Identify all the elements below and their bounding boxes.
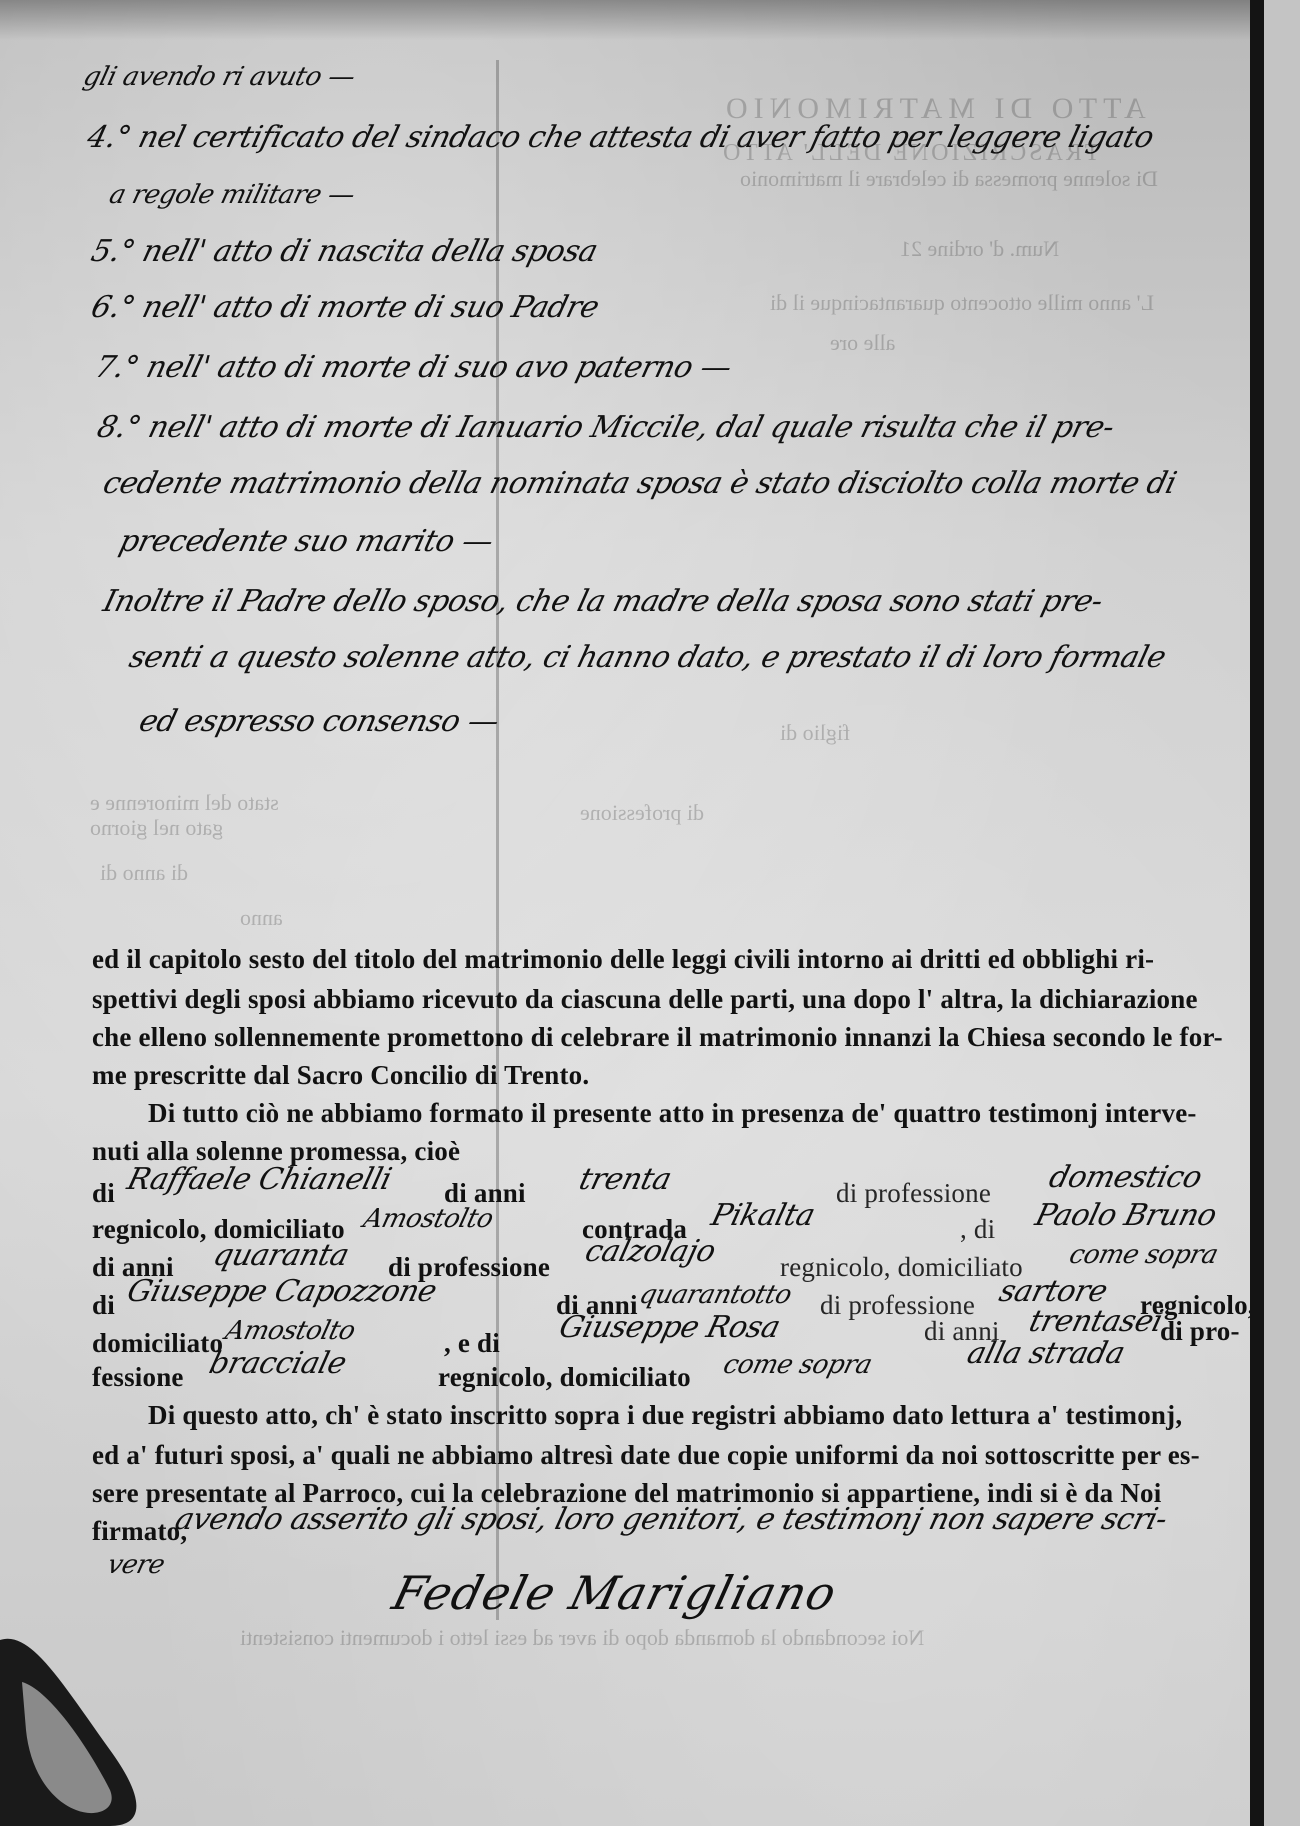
printed-p1-line-3: che elleno sollennemente promettono di c… bbox=[92, 1022, 1223, 1053]
label-e-di: , e di bbox=[444, 1328, 500, 1359]
label-domiciliato-4: domiciliato bbox=[92, 1328, 223, 1359]
hw-line-6: 7.° nell' atto di morte di suo avo pater… bbox=[92, 350, 735, 385]
bleed-left-col: stato del minorenne e bbox=[90, 790, 279, 816]
label-comma-di: , di bbox=[960, 1214, 995, 1245]
scanned-page: ATTO DI MATRIMONIO TRASCRIZIONE DELL' AT… bbox=[0, 0, 1262, 1826]
printed-p2-line-1: Di tutto ciò ne abbiamo formato il prese… bbox=[148, 1098, 1197, 1129]
label-regnicolo-domiciliato-2: regnicolo, domiciliato bbox=[780, 1252, 1023, 1283]
hw-line-7: 8.° nell' atto di morte di Ianuario Micc… bbox=[94, 410, 1118, 445]
hw-line-3: a regole militare — bbox=[106, 180, 357, 210]
hw-line-4: 5.° nell' atto di nascita della sposa bbox=[88, 234, 601, 269]
label-fessione: fessione bbox=[92, 1362, 184, 1393]
bleed-bottom: Noi secondando la domanda dopo di aver a… bbox=[240, 1625, 924, 1651]
bleed-left-col: figlio di bbox=[780, 720, 850, 746]
witness-2-name: Paolo Bruno bbox=[1032, 1198, 1220, 1233]
label-di-3: di bbox=[92, 1290, 115, 1321]
label-di: di bbox=[92, 1178, 115, 1209]
witness-1-domicile: Amostolto bbox=[360, 1204, 496, 1234]
witness-4-domicile: come sopra bbox=[720, 1350, 875, 1380]
printed-p1-line-1: ed il capitolo sesto del titolo del matr… bbox=[92, 944, 1154, 975]
hw-line-12: ed espresso consenso — bbox=[136, 704, 503, 739]
page-binding-edge bbox=[1250, 0, 1264, 1826]
printed-p1-line-2: spettivi degli sposi abbiamo ricevuto da… bbox=[92, 984, 1198, 1015]
hw-line-1: gli avendo ri avuto — bbox=[80, 62, 358, 92]
bleed-line: Di solenne promessa di celebrare il matr… bbox=[740, 166, 1158, 192]
witness-1-profession: domestico bbox=[1046, 1160, 1206, 1195]
bleed-left-col: di anno di bbox=[100, 860, 188, 886]
label-di-pro: di pro- bbox=[1160, 1316, 1240, 1347]
hw-closing-line-2: vere bbox=[104, 1550, 167, 1580]
witness-4-name: Giuseppe Rosa bbox=[556, 1310, 784, 1345]
bleed-left-col: di professione bbox=[580, 800, 704, 826]
bleed-left-col: anno bbox=[240, 905, 283, 931]
witness-3-name: Giuseppe Capozzone bbox=[124, 1274, 440, 1309]
label-di-professione: di professione bbox=[836, 1178, 991, 1209]
witness-3-age: quarantotto bbox=[636, 1280, 794, 1310]
hw-line-10: Inoltre il Padre dello sposo, che la mad… bbox=[100, 584, 1106, 619]
hw-line-11: senti a questo solenne atto, ci hanno da… bbox=[126, 640, 1170, 675]
witness-4-age: trentasei bbox=[1026, 1304, 1166, 1339]
scan-margin bbox=[1264, 0, 1300, 1826]
hw-closing-line-1: avendo asserito gli sposi, loro genitori… bbox=[172, 1502, 1171, 1537]
hw-line-5: 6.° nell' atto di morte di suo Padre bbox=[88, 290, 603, 325]
witness-3-domicile: Amostolto bbox=[222, 1316, 358, 1346]
witness-4-profession: bracciale bbox=[206, 1346, 350, 1381]
bleed-number: Num. d' ordine 21 bbox=[900, 236, 1059, 262]
witness-1-street: Pikalta bbox=[708, 1198, 819, 1233]
bleed-year: L' anno mille ottocento quarantacinque i… bbox=[770, 290, 1154, 316]
printed-p3-line-2: ed a' futuri sposi, a' quali ne abbiamo … bbox=[92, 1440, 1200, 1471]
witness-2-age: quaranta bbox=[210, 1238, 353, 1273]
ink-blot-corner bbox=[0, 1620, 210, 1826]
witness-1-name: Raffaele Chianelli bbox=[124, 1162, 395, 1197]
scan-shadow bbox=[0, 0, 1262, 40]
printed-p3-line-1: Di questo atto, ch' è stato inscritto so… bbox=[148, 1400, 1182, 1431]
hw-line-8: cedente matrimonio della nominata sposa … bbox=[100, 466, 1180, 501]
witness-2-profession: calzolajo bbox=[582, 1234, 719, 1269]
witness-1-age: trenta bbox=[576, 1162, 675, 1197]
witness-2-domicile: come sopra bbox=[1066, 1240, 1221, 1270]
witness-4-note: alla strada bbox=[964, 1336, 1128, 1371]
bleed-hour: alle ore bbox=[830, 330, 895, 356]
official-signature: Fedele Marigliano bbox=[387, 1566, 842, 1620]
hw-line-2: 4.° nel certificato del sindaco che atte… bbox=[84, 120, 1157, 155]
printed-p1-line-4: me prescritte dal Sacro Concilio di Tren… bbox=[92, 1060, 589, 1091]
hw-line-9: precedente suo marito — bbox=[116, 524, 497, 559]
label-regnicolo-domiciliato-4: regnicolo, domiciliato bbox=[438, 1362, 691, 1393]
bleed-left-col: gato nel giorno bbox=[90, 815, 223, 841]
